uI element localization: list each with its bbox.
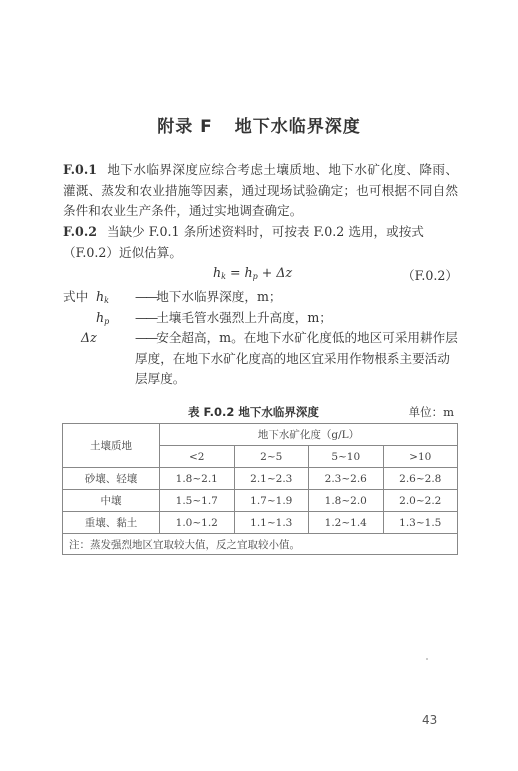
clause-text: 地下水临界深度应综合考虑土壤质地、地下水矿化度、降雨、灌溉、蒸发和农业措施等因素… xyxy=(63,162,458,218)
row-label: 重壤、黏土 xyxy=(63,512,160,534)
clause-number: F.0.2 xyxy=(63,224,97,239)
formula-number: （F.0.2） xyxy=(402,265,458,284)
row-label: 砂壤、轻壤 xyxy=(63,468,160,490)
critical-depth-table: 土壤质地 地下水矿化度（g/L） <2 2~5 5~10 >10 砂壤、轻壤 1… xyxy=(62,423,458,555)
table-cell: 2.3~2.6 xyxy=(309,468,384,490)
group-header-cell: 地下水矿化度（g/L） xyxy=(160,424,458,446)
clause-f02: F.0.2当缺少 F.0.1 条所述资料时，可按表 F.0.2 选用，或按式（F… xyxy=(63,222,458,263)
column-header: >10 xyxy=(383,446,458,468)
table-cell: 1.7~1.9 xyxy=(234,490,309,512)
clause-text: 当缺少 F.0.1 条所述资料时，可按表 F.0.2 选用，或按式（F.0.2）… xyxy=(63,224,424,260)
table-header-row: 土壤质地 地下水矿化度（g/L） xyxy=(63,424,458,446)
table-cell: 2.1~2.3 xyxy=(234,468,309,490)
scan-speck xyxy=(426,658,428,660)
table-unit: 单位：m xyxy=(409,404,454,420)
appendix-label: 附录 F xyxy=(157,117,213,137)
table-note: 注：蒸发强烈地区宜取较大值，反之宜取较小值。 xyxy=(63,534,458,555)
definitions-lead: 式中 xyxy=(63,287,88,308)
table-cell: 1.0~1.2 xyxy=(160,512,235,534)
definition-dash: —— xyxy=(135,310,156,325)
formula-equals: = xyxy=(226,265,245,280)
definition-text: 安全超高，m。在地下水矿化度低的地区可采用耕作层厚度，在地下水矿化度高的地区宜采… xyxy=(135,330,458,386)
definition-text: 土壤毛管水强烈上升高度，m； xyxy=(156,310,332,325)
column-header: 2~5 xyxy=(234,446,309,468)
table-note-row: 注：蒸发强烈地区宜取较大值，反之宜取较小值。 xyxy=(63,534,458,555)
formula-rhs: h xyxy=(245,265,253,280)
formula-plus-term: + Δz xyxy=(258,265,292,280)
definition-dash: —— xyxy=(135,289,156,304)
clause-number: F.0.1 xyxy=(63,162,97,177)
definition-item: hp ——土壤毛管水强烈上升高度，m； xyxy=(63,308,458,329)
column-header: <2 xyxy=(160,446,235,468)
table-cell: 1.3~1.5 xyxy=(383,512,458,534)
table-cell: 1.5~1.7 xyxy=(160,490,235,512)
table-cell: 1.8~2.0 xyxy=(309,490,384,512)
row-label: 中壤 xyxy=(63,490,160,512)
definition-item: 式中 hk ——地下水临界深度，m； xyxy=(63,287,458,308)
table-row: 重壤、黏土 1.0~1.2 1.1~1.3 1.2~1.4 1.3~1.5 xyxy=(63,512,458,534)
table-title: 表 F.0.2 地下水临界深度 xyxy=(188,404,319,420)
appendix-title: 附录 F地下水临界深度 xyxy=(0,112,518,137)
clause-f01: F.0.1地下水临界深度应综合考虑土壤质地、地下水矿化度、降雨、灌溉、蒸发和农业… xyxy=(63,160,458,222)
table-cell: 1.8~2.1 xyxy=(160,468,235,490)
definition-text: 地下水临界深度，m； xyxy=(156,289,281,304)
definition-item: Δz ——安全超高，m。在地下水矿化度低的地区可采用耕作层厚度，在地下水矿化度高… xyxy=(63,328,458,390)
formula-lhs: h xyxy=(213,265,221,280)
table-cell: 2.6~2.8 xyxy=(383,468,458,490)
formula-definitions: 式中 hk ——地下水临界深度，m； hp ——土壤毛管水强烈上升高度，m； Δ… xyxy=(63,287,458,390)
appendix-heading: 地下水临界深度 xyxy=(235,117,361,137)
column-header: 5~10 xyxy=(309,446,384,468)
table-row: 中壤 1.5~1.7 1.7~1.9 1.8~2.0 2.0~2.2 xyxy=(63,490,458,512)
formula-expression: hk = hp + Δz xyxy=(213,265,292,281)
definition-symbol: Δz xyxy=(81,328,97,349)
table-row: 砂壤、轻壤 1.8~2.1 2.1~2.3 2.3~2.6 2.6~2.8 xyxy=(63,468,458,490)
table-cell: 1.2~1.4 xyxy=(309,512,384,534)
row-header-cell: 土壤质地 xyxy=(63,424,160,468)
definition-dash: —— xyxy=(135,330,156,345)
page-number: 43 xyxy=(422,713,437,727)
table-cell: 1.1~1.3 xyxy=(234,512,309,534)
table-cell: 2.0~2.2 xyxy=(383,490,458,512)
